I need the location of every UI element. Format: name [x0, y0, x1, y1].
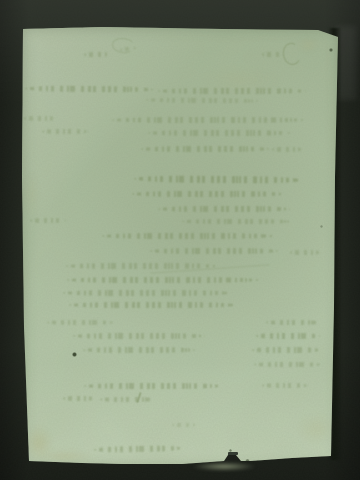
ink-smudge-line: [141, 146, 269, 152]
ink-smudge-line: [25, 85, 153, 92]
faded-handwriting-layer: [0, 0, 360, 480]
manuscript-page: [22, 27, 340, 468]
ink-smudge-line: [158, 206, 290, 212]
ink-mark-dot: [329, 48, 333, 52]
ink-smudge-line: [47, 320, 113, 325]
ink-mark-curl: [280, 41, 302, 67]
ink-smudge-line: [69, 302, 237, 308]
ink-smudge-line: [256, 333, 320, 339]
ink-smudge-line: [150, 248, 278, 254]
ink-smudge-line: [100, 397, 156, 402]
ink-smudge-line: [158, 88, 306, 94]
ink-smudge-line: [102, 233, 274, 239]
ink-smudge-line: [272, 147, 302, 152]
ink-smudge-line: [146, 98, 258, 104]
ink-smudge-line: [132, 191, 284, 197]
ink-smudge-line: [67, 277, 259, 283]
ink-smudge-line: [30, 218, 66, 223]
ink-smudge-line: [134, 175, 302, 183]
ink-smudge-line: [148, 130, 290, 136]
ink-smudge-line: [252, 347, 320, 353]
ink-mark-dot: [72, 352, 77, 357]
ink-mark-curl: [111, 36, 135, 55]
ink-smudge-line: [266, 320, 320, 325]
ink-smudge-line: [94, 445, 182, 453]
ink-smudge-line: [172, 423, 196, 427]
ink-smudge-line: [112, 117, 304, 123]
ink-smudge-line: [262, 383, 308, 388]
archival-scan: [0, 0, 360, 480]
ink-smudge-line: [83, 347, 195, 353]
ink-smudge-line: [290, 250, 320, 255]
ink-smudge-line: [63, 290, 231, 296]
ink-smudge-line: [73, 333, 205, 339]
bottom-edge-smudge: [192, 462, 256, 471]
ink-smudge-line: [24, 116, 56, 121]
ink-smudge-line: [182, 219, 290, 224]
ink-smudge-line: [42, 129, 88, 134]
ink-smudge-line: [254, 362, 320, 367]
ink-mark-dot: [320, 225, 323, 228]
ink-smudge-line: [262, 52, 282, 57]
ink-smudge-line: [84, 52, 110, 57]
ink-smudge-line: [63, 396, 95, 401]
ink-smudge-line: [84, 383, 222, 389]
